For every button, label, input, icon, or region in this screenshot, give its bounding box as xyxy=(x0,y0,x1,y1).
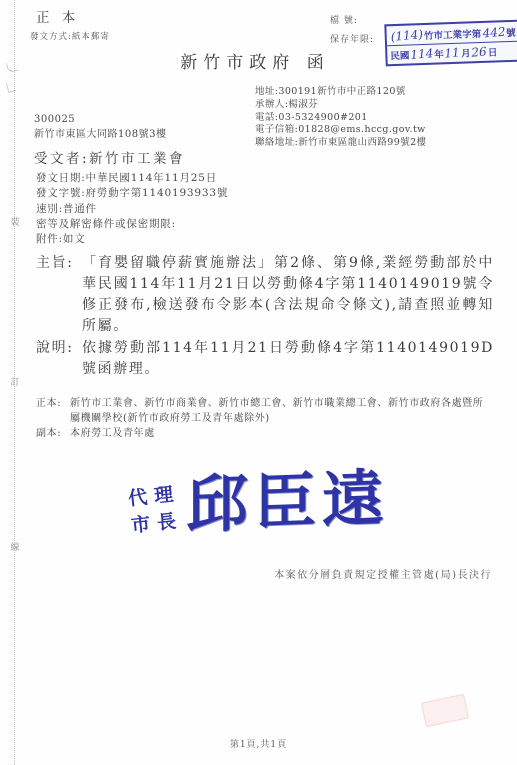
stamp-hao: 號 xyxy=(506,24,516,38)
stamp-month: 11 xyxy=(444,45,460,60)
binding-char-ding: 訂 xyxy=(8,375,22,388)
stamp-year-prefix: (114) xyxy=(390,27,423,44)
recipient-address-block: 300025 新竹市東區大同路108號3樓 xyxy=(34,113,166,142)
security-class: 密等及解密條件或保密期限: xyxy=(36,217,228,232)
speed-class: 速別:普通件 xyxy=(36,202,228,217)
signature-name: 邱臣遠 xyxy=(186,458,390,545)
stamp-case-number: 442 xyxy=(482,24,506,40)
stamp-day: 26 xyxy=(471,44,487,59)
subject-paragraph: 主旨: 「育嬰留職停薪實施辦法」第2條、第9條,業經勞動部於中華民國114年11… xyxy=(36,253,494,337)
document-title: 新竹市政府 函 xyxy=(130,48,380,73)
cc-recipients-row: 副本: 本府勞工及青年處 xyxy=(36,427,491,442)
page-footer: 第1頁,共1頁 xyxy=(0,737,517,750)
original-recipients: 新竹市工業會、新竹市商業會、新竹市總工會、新竹市職業總工會、新竹市政府各處暨所屬… xyxy=(70,397,491,426)
signature-title-char: 長 xyxy=(154,509,178,535)
sender-contact-address: 聯絡地址:新竹市東區龍山西路99號2樓 xyxy=(255,137,426,150)
delivery-method-label: 發文方式:紙本郵寄 xyxy=(30,30,110,42)
issue-number: 發文字號:府勞動字第1140193933號 xyxy=(36,186,228,201)
document-meta-block: 發文日期:中華民國114年11月25日 發文字號:府勞動字第1140193933… xyxy=(36,171,228,247)
receive-date-stamp: (114)竹市工業字第442號 民國114年11月26日 xyxy=(384,20,517,67)
sender-address: 地址:300191新竹市中正路120號 xyxy=(255,86,426,99)
authorization-note: 本案依分層負責規定授權主管處(局)長決行 xyxy=(274,566,492,581)
subject-label: 主旨: xyxy=(36,253,82,337)
copy-type-label: 正 本 xyxy=(36,6,79,26)
binding-char-xian: 線 xyxy=(8,540,22,553)
stamp-year: 114 xyxy=(410,46,434,62)
signature-title-acting-mayor: 代 理 市 長 xyxy=(126,482,179,538)
distribution-block: 正本: 新竹市工業會、新竹市商業會、新竹市總工會、新竹市職業總工會、新竹市政府各… xyxy=(36,397,491,442)
sender-info-block: 地址:300191新竹市中正路120號 承辦人:楊淑芬 電話:03-532490… xyxy=(255,86,426,150)
faint-red-stamp-mark xyxy=(421,694,469,728)
sender-phone: 電話:03-5324900#201 xyxy=(255,112,426,125)
pencil-mark xyxy=(6,61,18,73)
explanation-paragraph: 說明: 依據勞動部114年11月21日勞動條4字第1140149019D號函辦理… xyxy=(36,338,494,380)
binding-char-zhuang: 裝 xyxy=(8,215,22,228)
subject-text: 「育嬰留職停薪實施辦法」第2條、第9條,業經勞動部於中華民國114年11月21日… xyxy=(82,253,494,337)
attachment-note: 附件:如文 xyxy=(36,232,228,247)
explanation-text: 依據勞動部114年11月21日勞動條4字第1140149019D號函辦理。 xyxy=(82,338,494,380)
issue-date: 發文日期:中華民國114年11月25日 xyxy=(36,171,228,186)
stamp-yue: 月 xyxy=(461,45,471,59)
cc-recipients: 本府勞工及青年處 xyxy=(70,427,491,442)
recipient-postal-code: 300025 xyxy=(34,113,166,128)
retention-period-label: 保存年限: xyxy=(330,32,374,45)
original-label: 正本: xyxy=(36,397,70,426)
stamp-org: 竹市工業 xyxy=(424,26,462,41)
cc-label: 副本: xyxy=(36,427,70,442)
file-number-label: 檔 號: xyxy=(330,13,358,26)
stamp-ri: 日 xyxy=(488,44,498,58)
stamp-date-row: 民國114年11月26日 xyxy=(387,41,517,65)
mayor-signature-stamp: 代 理 市 長 邱臣遠 xyxy=(127,458,392,547)
original-recipients-row: 正本: 新竹市工業會、新竹市商業會、新竹市總工會、新竹市職業總工會、新竹市政府各… xyxy=(36,397,491,426)
sender-contact-person: 承辦人:楊淑芬 xyxy=(255,99,426,112)
stamp-nian: 年 xyxy=(434,46,444,60)
official-letter-page: 裝 訂 線 正 本 發文方式:紙本郵寄 檔 號: 保存年限: (114)竹市工業… xyxy=(0,0,517,765)
signature-title-char: 市 xyxy=(128,511,152,537)
stamp-zidi: 字第 xyxy=(462,26,481,41)
explanation-label: 說明: xyxy=(36,338,82,380)
signature-title-char: 理 xyxy=(151,482,175,508)
recipient-street-address: 新竹市東區大同路108號3樓 xyxy=(34,128,166,143)
recipient-line: 受文者:新竹市工業會 xyxy=(34,147,185,167)
signature-title-char: 代 xyxy=(126,485,150,511)
stamp-minguo: 民國 xyxy=(390,48,409,63)
sender-email: 電子信箱:01828@ems.hccg.gov.tw xyxy=(255,124,426,137)
